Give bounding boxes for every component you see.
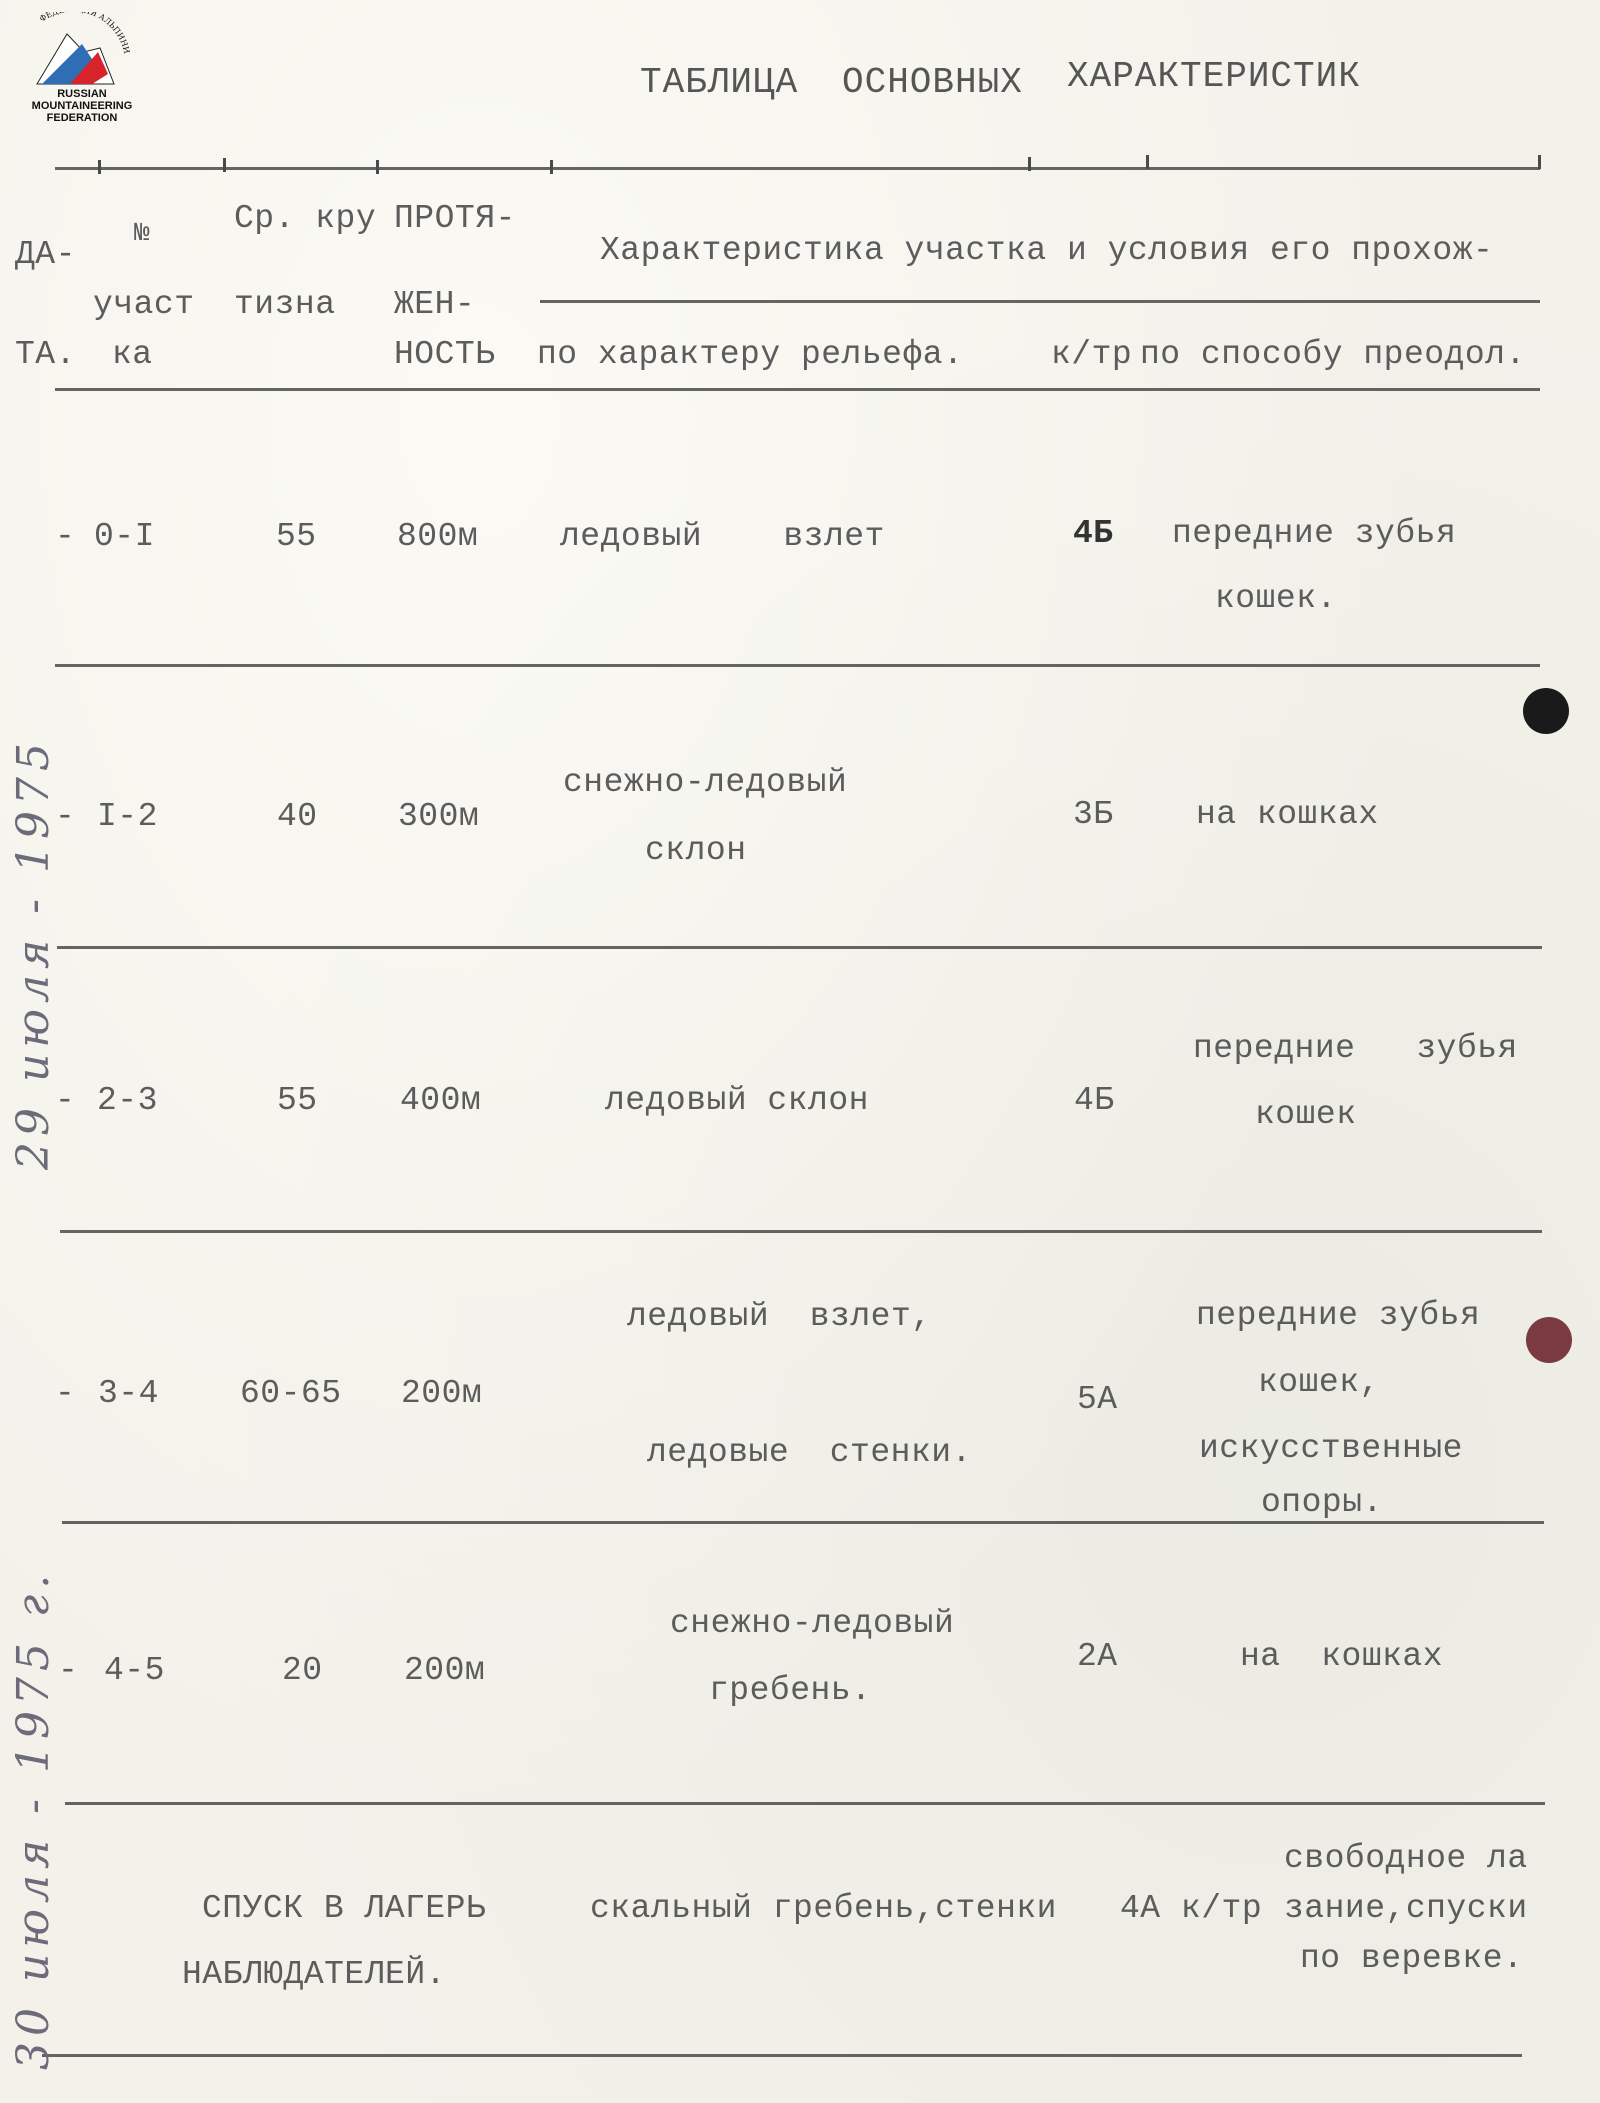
header-date-1: ДА- — [15, 236, 76, 273]
header-length-1: ПРОТЯ- — [394, 200, 516, 237]
row-length: 800м — [397, 518, 478, 555]
row-relief-2: склон — [645, 832, 747, 869]
row-steepness: 55 — [276, 518, 317, 555]
row-method-2: кошек, — [1258, 1364, 1380, 1401]
row-rule — [57, 946, 1542, 949]
row-relief: ледовый склон — [605, 1082, 869, 1119]
row-method-2: кошек. — [1215, 580, 1337, 617]
mountain-logo-icon: ФЕДЕРАЦИЯ АЛЬПИНИЗМА РОССИИ — [12, 12, 132, 92]
descent-label-1: СПУСК В ЛАГЕРЬ — [202, 1890, 486, 1927]
title-word-2: ОСНОВНЫХ — [842, 62, 1023, 103]
title-word-1: ТАБЛИЦА — [640, 62, 798, 103]
logo-line-2: MOUNTAINEERING — [12, 100, 152, 112]
header-length-2: ЖЕН- — [394, 286, 475, 323]
header-relief: по характеру рельефа. — [537, 336, 963, 373]
descent-method-2: зание,спуски — [1284, 1890, 1528, 1927]
row-length: 200м — [404, 1652, 485, 1689]
row-method-4: опоры. — [1261, 1484, 1383, 1521]
column-tick — [550, 160, 553, 174]
column-tick — [1146, 155, 1149, 169]
row-category: 4Б — [1073, 515, 1114, 552]
margin-date-2: 30 июля - 1975 г. — [8, 1569, 59, 2070]
column-tick — [98, 160, 101, 174]
federation-logo: ФЕДЕРАЦИЯ АЛЬПИНИЗМА РОССИИ RUSSIAN MOUN… — [12, 12, 132, 122]
row-section: I-2 — [97, 798, 158, 835]
title-word-3: ХАРАКТЕРИСТИК — [1067, 56, 1361, 97]
row-relief-1: снежно-ледовый — [670, 1605, 954, 1642]
row-length: 300м — [398, 798, 479, 835]
descent-label-2: НАБЛЮДАТЕЛЕЙ. — [182, 1956, 446, 1993]
row-method-1: передние зубья — [1196, 1297, 1480, 1334]
row-steepness: 55 — [277, 1082, 318, 1119]
column-tick — [223, 158, 226, 172]
header-steepness-1: Ср. кру — [234, 200, 376, 237]
punch-hole-icon — [1523, 688, 1569, 734]
row-method-1: на кошках — [1240, 1638, 1443, 1675]
row-method-1: передние зубья — [1172, 515, 1456, 552]
row-rule — [55, 664, 1540, 667]
row-steepness: 40 — [277, 798, 318, 835]
header-num-3: ка — [112, 336, 153, 373]
row-bullet: - — [55, 518, 75, 555]
row-length: 400м — [400, 1082, 481, 1119]
row-section: 4-5 — [104, 1652, 165, 1689]
row-relief-1: ледовый взлет, — [627, 1298, 932, 1335]
row-rule — [60, 1230, 1542, 1233]
descent-method-3: по веревке. — [1300, 1940, 1523, 1977]
row-section: 2-3 — [97, 1082, 158, 1119]
row-bullet: - — [55, 1375, 75, 1412]
header-bottom-rule — [55, 388, 1540, 391]
header-length-3: НОСТЬ — [394, 336, 496, 373]
descent-method-1: свободное ла — [1284, 1840, 1528, 1877]
row-rule — [62, 1521, 1544, 1524]
header-method: по способу преодол. — [1140, 336, 1526, 373]
descent-relief: скальный гребень,стенки — [590, 1890, 1057, 1927]
logo-caption: RUSSIAN MOUNTAINEERING FEDERATION — [12, 88, 152, 124]
row-category: 2А — [1077, 1638, 1118, 1675]
top-rule — [55, 167, 1540, 170]
row-relief: ледовый взлет — [560, 518, 885, 555]
row-method-1: на кошках — [1196, 796, 1379, 833]
column-tick — [376, 160, 379, 174]
logo-line-3: FEDERATION — [12, 112, 152, 124]
row-relief-2: гребень. — [709, 1672, 871, 1709]
punch-hole-icon — [1526, 1317, 1572, 1363]
row-method-2: кошек — [1255, 1096, 1357, 1133]
column-tick — [1028, 157, 1031, 171]
logo-line-1: RUSSIAN — [12, 88, 152, 100]
header-sub-rule — [540, 300, 1540, 303]
row-steepness: 20 — [282, 1652, 323, 1689]
row-rule — [65, 1802, 1545, 1805]
header-characteristic-title: Характеристика участка и условия его про… — [600, 232, 1493, 269]
row-length: 200м — [401, 1375, 482, 1412]
header-num-1: № — [134, 218, 150, 248]
row-category: 3Б — [1073, 796, 1114, 833]
row-category: 4Б — [1074, 1082, 1115, 1119]
row-section: 3-4 — [98, 1375, 159, 1412]
header-category: к/тр — [1051, 336, 1132, 373]
row-section: 0-I — [94, 518, 155, 555]
row-steepness: 60-65 — [240, 1375, 342, 1412]
row-method-3: искусственные — [1199, 1430, 1463, 1467]
row-method-1: передние зубья — [1193, 1030, 1518, 1067]
row-relief-1: снежно-ледовый — [563, 764, 847, 801]
column-tick — [1538, 155, 1541, 169]
row-bullet: - — [58, 1652, 78, 1689]
descent-category: 4А к/тр — [1120, 1890, 1262, 1927]
row-relief-2: ледовые стенки. — [647, 1434, 972, 1471]
header-num-2: участ — [93, 286, 195, 323]
row-category: 5А — [1077, 1381, 1118, 1418]
header-date-2: ТА. — [15, 336, 76, 373]
bottom-rule — [42, 2054, 1522, 2057]
margin-date-1: 29 июля - 1975 — [8, 737, 59, 1170]
header-steepness-2: тизна — [234, 286, 336, 323]
